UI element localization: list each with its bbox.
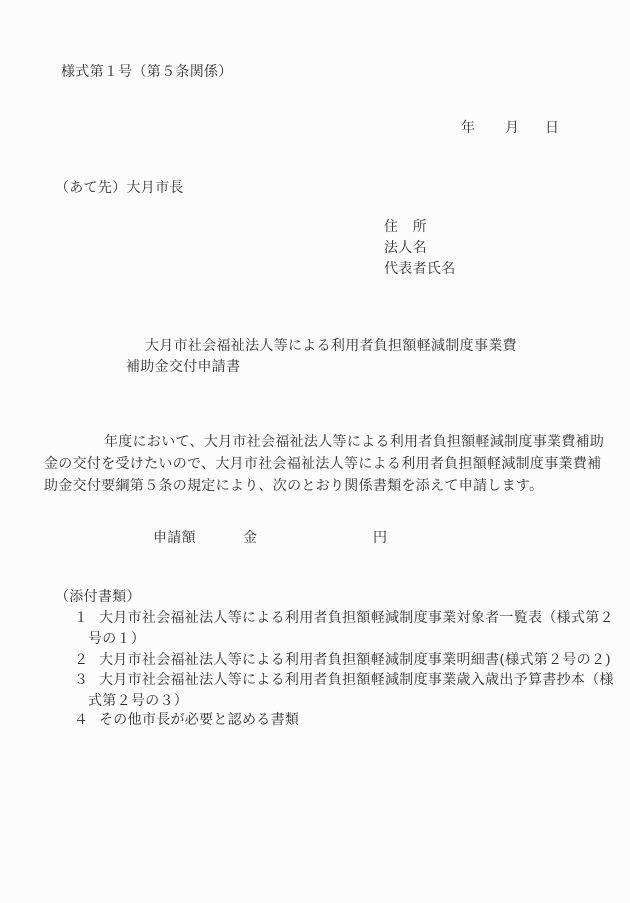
amount-unit-label: 円 [373, 530, 387, 547]
applicant-address-label: 住 所 [384, 219, 427, 236]
document-title-line-2: 補助金交付申請書 [126, 359, 240, 376]
date-day-label: 日 [545, 120, 559, 137]
applicant-representative-label: 代表者氏名 [384, 261, 456, 278]
date-month-label: 月 [505, 120, 519, 137]
applicant-corporation-label: 法人名 [384, 240, 427, 257]
body-paragraph-line-2: 金の交付を受けたいので、大月市社会福祉法人等による利用者負担額軽減制度事業費補 [44, 456, 601, 473]
attachment-item-3-line-1: 大月市社会福祉法人等による利用者負担額軽減制度事業歳入歳出予算書抄本（様 [99, 672, 614, 689]
attachment-item-4-line-1: その他市長が必要と認める書類 [99, 712, 299, 729]
attachment-item-3-number: ３ [74, 672, 88, 689]
attachment-item-3-line-2: 式第２号の３） [88, 693, 188, 710]
addressee-line: （あて先）大月市長 [55, 180, 184, 197]
attachment-item-2-line-1: 大月市社会福祉法人等による利用者負担額軽減制度事業明細書(様式第２号の２) [99, 652, 611, 669]
attachment-item-1-line-1: 大月市社会福祉法人等による利用者負担額軽減制度事業対象者一覧表（様式第２ [99, 610, 614, 627]
body-paragraph-line-1: 年度において、大月市社会福祉法人等による利用者負担額軽減制度事業費補助 [104, 434, 604, 451]
attachment-item-2-number: ２ [74, 652, 88, 669]
form-number: 様式第１号（第５条関係） [61, 64, 233, 81]
document-title-line-1: 大月市社会福祉法人等による利用者負担額軽減制度事業費 [145, 338, 517, 355]
attachments-heading: （添付書類） [55, 589, 141, 606]
amount-currency-prefix: 金 [243, 530, 257, 547]
attachment-item-1-line-2: 号の１） [88, 631, 145, 648]
amount-label: 申請額 [153, 530, 196, 547]
attachment-item-4-number: ４ [74, 712, 88, 729]
application-form-page: 様式第１号（第５条関係） 年 月 日 （あて先）大月市長 住 所 法人名 代表者… [0, 0, 630, 903]
attachment-item-1-number: １ [74, 610, 88, 627]
body-paragraph-line-3: 助金交付要綱第５条の規定により、次のとおり関係書類を添えて申請します。 [44, 478, 543, 495]
date-year-label: 年 [461, 120, 475, 137]
